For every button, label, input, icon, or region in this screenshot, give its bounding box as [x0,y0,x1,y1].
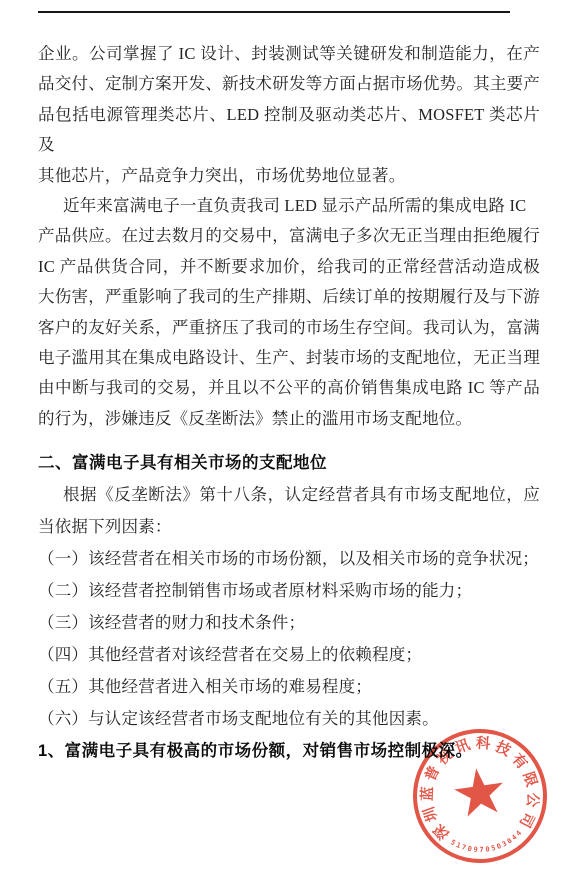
text-line: 客户的友好关系，严重挤压了我司的市场生存空间。我司认为，富满 [38,313,540,343]
text-line: 由中断与我司的交易，并且以不公平的高价销售集成电路 IC 等产品 [38,373,540,403]
document-section: 二、富满电子具有相关市场的支配地位根据《反垄断法》第十八条，认定经营者具有市场支… [38,447,540,767]
text-line: 其他芯片，产品竞争力突出，市场优势地位显著。 [38,161,540,191]
text-line: 根据《反垄断法》第十八条，认定经营者具有市场支配地位，应 [38,479,540,511]
text-line: 的行为，涉嫌违反《反垄断法》禁止的滥用市场支配地位。 [38,404,540,434]
header-rule [38,11,510,13]
section-heading: 二、富满电子具有相关市场的支配地位 [38,447,540,479]
company-seal: ★ 深圳蓝普视讯科技有限公司 4403050790715 [404,720,555,871]
star-icon: ★ [447,758,513,829]
list-item: （一）该经营者在相关市场的市场份额，以及相关市场的竞争状况； [38,543,540,575]
text-line: 当依据下列因素： [38,511,540,543]
document-body: 企业。公司掌握了 IC 设计、封装测试等关键研发和制造能力，在产 品交付、定制方… [38,39,540,434]
paragraph-1: 企业。公司掌握了 IC 设计、封装测试等关键研发和制造能力，在产 品交付、定制方… [38,39,540,191]
document-page: 企业。公司掌握了 IC 设计、封装测试等关键研发和制造能力，在产 品交付、定制方… [0,0,567,872]
text-line: IC 产品供货合同，并不断要求加价，给我司的正常经营活动造成极 [38,252,540,282]
seal-character: 科 [475,736,492,753]
list-item: （三）该经营者的财力和技术条件； [38,607,540,639]
seal-character: 公 [523,791,540,808]
list-item: （二）该经营者控制销售市场或者原材料采购市场的能力； [38,575,540,607]
text-line: 企业。公司掌握了 IC 设计、封装测试等关键研发和制造能力，在产 [38,39,540,69]
text-line: 近年来富满电子一直负责我司 LED 显示产品所需的集成电路 IC [38,191,540,221]
text-line: 大伤害，严重影响了我司的生产排期、后续订单的按期履行及与下游 [38,282,540,312]
seal-character: 蓝 [420,785,437,802]
list-item: （五）其他经营者进入相关市场的难易程度； [38,671,540,703]
text-line: 品包括电源管理类芯片、LED 控制及驱动类芯片、MOSFET 类芯片及 [38,100,540,161]
text-line: 品交付、定制方案开发、新技术研发等方面占据市场优势。其主要产 [38,69,540,99]
paragraph-2: 近年来富满电子一直负责我司 LED 显示产品所需的集成电路 IC 产品供应。在过… [38,191,540,434]
text-line: 产品供应。在过去数月的交易中，富满电子多次无正当理由拒绝履行 [38,221,540,251]
list-item: （四）其他经营者对该经营者在交易上的依赖程度； [38,639,540,671]
text-line: 电子滥用其在集成电路设计、生产、封装市场的支配地位，无正当理 [38,343,540,373]
